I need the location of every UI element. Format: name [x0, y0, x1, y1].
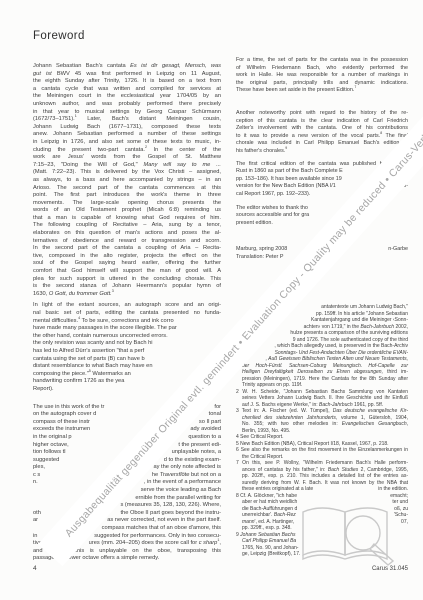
paragraph: For a time, the set of parts for the can… — [236, 57, 408, 95]
text-line: These have been set aside in the present… — [236, 87, 408, 95]
text-line: No. 355; with two other melodies in: Eva… — [236, 421, 408, 428]
text-line: 7 On this, see P. Wollny, "Wilhelm Fried… — [236, 460, 408, 467]
text-line: the other hand, contain numerous uncorre… — [33, 333, 221, 341]
text-line: exceeds the instrumenady avoided — [33, 426, 221, 434]
text-line: present edition. — [236, 220, 408, 228]
text-line: work are Jesus' words from the Gospel of… — [33, 154, 221, 162]
paragraph: Johann Sebastian Bach's cantata Es ist d… — [33, 63, 221, 298]
text-line: in the original pquestion to a — [33, 434, 221, 442]
text-line: Johann Ludwig Bach (1677–1731), composed… — [33, 124, 221, 132]
text-line: has led to Alfred Dürr's assertion "that… — [33, 348, 221, 356]
text-line: that a man is capable of knowing what Go… — [33, 215, 221, 223]
text-line: to it was to provide a new version of th… — [236, 133, 408, 141]
text-line: the eighth Sunday after Trinity, 1726. I… — [33, 78, 221, 86]
text-line: have made many passages in the score ill… — [33, 325, 221, 333]
text-line: comfort that God himself will support th… — [33, 268, 221, 276]
text-line: chorale was included in Carl Philipp Ema… — [236, 140, 408, 148]
text-line: s (measures 35, 128, 130, 226). Where, — [33, 502, 221, 510]
text-line: his father's chorales.9 — [236, 148, 408, 156]
text-line: soul of the Gospel saying heard earlier,… — [33, 260, 221, 268]
paragraph: 2 W. H. Scheide, "Johann Sebastian Bachs… — [236, 389, 408, 409]
text-line: In light of the extant sources, an autog… — [33, 302, 221, 310]
text-line: 7:15–23, "Doing the Will of God," Many w… — [33, 162, 221, 170]
text-line: anew. Johann Sebastian performed a numbe… — [33, 131, 221, 139]
book-magnifier-logo-icon — [297, 503, 401, 572]
text-line: the Meiningen court in the ecclesiastica… — [33, 93, 221, 101]
text-line: mental difficulties.4 To be sure, correc… — [33, 318, 221, 326]
text-line: plea for such support is uttered in the … — [33, 276, 221, 284]
text-line: point. The first part introduces the wor… — [33, 192, 221, 200]
text-line: 1630, O Gott, du frommer Gott.3 — [33, 291, 221, 299]
text-line: (Matt. 7:22–23). This is delivered by th… — [33, 169, 221, 177]
text-line: (1672/73–1751).1 Later, Bach's distant M… — [33, 116, 221, 124]
text-line: Johann Sebastian Bach's cantata Es ist d… — [33, 63, 221, 71]
text-line: cantata using the set of parts (B) can h… — [33, 356, 221, 364]
text-line: work in Halle. He was responsible for a … — [236, 72, 408, 80]
text-line: The following coupling of Recitative – A… — [33, 222, 221, 230]
text-line: distant resemblance to what Bach may hav… — [33, 363, 221, 371]
text-line: a cantata cycle that was written and com… — [33, 86, 221, 94]
text-line: Heiligen Dreyfaltigkeit Deroselben zu Eh… — [236, 369, 408, 376]
text-line: For a time, the set of parts for the can… — [236, 57, 408, 65]
text-line: pp. 202ff., esp. p. 210. This includes a… — [236, 473, 408, 480]
text-line: In the second part of the cantata a coup… — [33, 245, 221, 253]
text-line: the only revision was scanty and not by … — [33, 340, 221, 348]
text-line: 6 See also the remarks on the first move… — [236, 447, 408, 454]
text-line: in Leipzig in 1726, and also set some of… — [33, 139, 221, 147]
text-line: unknown author, and was probably perform… — [33, 101, 221, 109]
text-line: ception of this cantata is the clear ind… — [236, 118, 408, 126]
text-line: cluding the present two-part cantata.2 I… — [33, 147, 221, 155]
text-line: tive, composed in the alto register, pro… — [33, 253, 221, 261]
page-title: Foreword — [33, 30, 85, 42]
foreword-page: Foreword Johann Sebastian Bach's cantata… — [0, 0, 423, 600]
text-line: movements. The large-scale opening choru… — [33, 200, 221, 208]
paragraph: 3 Text in: A. Fischer (ed. W. Tümpel), D… — [236, 408, 408, 434]
text-line: words of an Old Testament prophet (Micah… — [33, 207, 221, 215]
text-line: Another noteworthy point with regard to … — [236, 110, 408, 118]
text-line: elaborates on this question of man's act… — [33, 230, 221, 238]
paragraph: 6 See also the remarks on the first move… — [236, 447, 408, 460]
text-line: gut ist BWV 45 was first performed in Le… — [33, 71, 221, 79]
text-line: ternatives of obedience and reward or tr… — [33, 238, 221, 246]
page-number: 4 — [33, 565, 37, 572]
text-line: ernible from the parallel writing for — [33, 495, 221, 503]
text-line: nal basic set of parts, editing the cant… — [33, 310, 221, 318]
text-line: Arioso. The second part of the cantata c… — [33, 185, 221, 193]
text-line: is the second stanza of Johann Heermann'… — [33, 283, 221, 291]
text-line: as always, to a bass and here accompanie… — [33, 177, 221, 185]
paragraph: Another noteworthy point with regard to … — [236, 110, 408, 156]
text-line: of Wilhelm Friedemann Bach, who evidentl… — [236, 65, 408, 73]
paragraph: 7 On this, see P. Wollny, "Wilhelm Fried… — [236, 460, 408, 493]
text-line: sources accessible and for gra — [236, 212, 408, 220]
